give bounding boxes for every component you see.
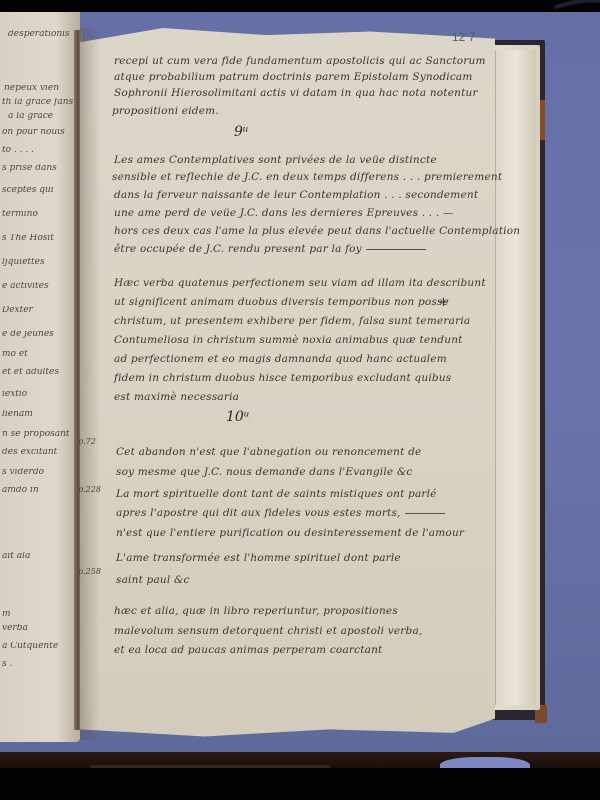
photo-bottom-border xyxy=(0,768,600,800)
left-page-line: é activités xyxy=(2,282,80,291)
left-page-line: s prisé dans xyxy=(2,164,80,173)
text-line: hæc et alia, quæ in libro reperiuntur, p… xyxy=(114,606,398,617)
left-page-line: n se proposant xyxy=(2,430,80,439)
text-line: malevolum sensum detorquent christi et a… xyxy=(114,626,422,637)
left-page: desperationis nepeux vien th la grace fa… xyxy=(0,12,80,742)
left-page-line: to . . . . xyxy=(2,146,80,155)
left-page-line: verba xyxy=(2,624,80,633)
left-page-line: ljquiettes xyxy=(2,258,80,267)
text-line: propositioni eidem. xyxy=(112,106,219,117)
left-page-line: mo et xyxy=(2,350,80,359)
text-line-content: être occupée de J.C. rendu present par l… xyxy=(114,243,362,255)
left-page-line: amdo in xyxy=(2,486,80,495)
margin-reference: p.228 xyxy=(78,486,101,494)
text-line: est maximè necessaria xyxy=(114,392,239,403)
page-shadow xyxy=(80,28,100,740)
left-page-line: sceptés qui xyxy=(2,186,80,195)
cross-mark: + xyxy=(438,295,449,310)
text-line: ad perfectionem et eo magis damnanda quo… xyxy=(114,354,447,365)
section-number: 9ᵘ xyxy=(234,124,249,140)
text-line: La mort spirituelle dont tant de saints … xyxy=(116,489,437,500)
margin-reference: p.258 xyxy=(78,568,101,576)
text-line: fidem in christum duobus hisce temporibu… xyxy=(114,373,451,384)
left-page-line: lienam xyxy=(2,410,80,419)
left-page-line: s Thé Hosit xyxy=(2,234,80,243)
cover-wear xyxy=(540,100,545,140)
photo-top-border xyxy=(0,0,600,12)
text-line: sensible et reflechie de J.C. en deux te… xyxy=(112,172,502,183)
text-line: Les ames Contemplatives sont privées de … xyxy=(114,155,437,166)
text-line-content: apres l'apostre qui dit aux fideles vous… xyxy=(116,507,401,519)
line-dash xyxy=(405,513,445,514)
text-line: apres l'apostre qui dit aux fideles vous… xyxy=(116,508,445,519)
text-line: n'est que l'entiere purification ou desi… xyxy=(116,528,464,539)
left-page-line: et et adultes xyxy=(2,368,80,377)
text-line: L'ame transformée est l'homme spirituel … xyxy=(116,553,401,564)
left-page-line: des excitant xyxy=(2,448,80,457)
folio-number: 12 7 xyxy=(452,30,475,44)
left-page-line: termino xyxy=(2,210,80,219)
section-number: 10ᵘ xyxy=(226,409,249,425)
left-page-line: nepeux vien xyxy=(4,84,82,93)
text-line: Hæc verba quatenus perfectionem seu viam… xyxy=(114,278,486,289)
left-page-line: Dexter xyxy=(2,306,80,315)
page-stack-edge-inner xyxy=(495,50,536,705)
left-page-line: ait ala xyxy=(2,552,80,561)
left-page-line: th la grace fans xyxy=(2,98,80,107)
line-dash xyxy=(366,249,426,250)
left-page-line: iextio xyxy=(2,390,80,399)
text-line: saint paul &c xyxy=(116,575,190,586)
text-line: dans la ferveur naissante de leur Contem… xyxy=(114,190,478,201)
left-page-line: on pour nouis xyxy=(2,128,80,137)
text-line: recepi ut cum vera fide fundamentum apos… xyxy=(114,56,486,67)
left-page-line: s . xyxy=(2,660,80,669)
text-line: Sophronii Hierosolimitani actis vi datam… xyxy=(114,88,478,99)
text-line: christum, ut presentem exhibere per fide… xyxy=(114,316,470,327)
text-line: soy mesme que J.C. nous demande dans l'E… xyxy=(116,467,412,478)
text-line: être occupée de J.C. rendu present par l… xyxy=(114,244,426,255)
left-page-line: a Cutquente xyxy=(2,642,80,651)
margin-reference: p.72 xyxy=(78,438,96,446)
text-line: et ea loca ad paucas animas perperam coa… xyxy=(114,645,382,656)
text-line: Contumeliosa in christum summè noxia ani… xyxy=(114,335,463,346)
left-page-line: s viderdo xyxy=(2,468,80,477)
text-line: hors ces deux cas l'ame la plus elevée p… xyxy=(114,226,520,237)
text-line: Cet abandon n'est que l'abnegation ou re… xyxy=(116,447,421,458)
text-line: ut significent animam duobus diversis te… xyxy=(114,297,449,308)
text-line: atque probabilium patrum doctrinis parem… xyxy=(114,72,473,83)
text-line: une ame perd de veüe J.C. dans les derni… xyxy=(114,208,454,219)
left-page-line: m xyxy=(2,610,80,619)
left-page-line: é dé jeunes xyxy=(2,330,80,339)
